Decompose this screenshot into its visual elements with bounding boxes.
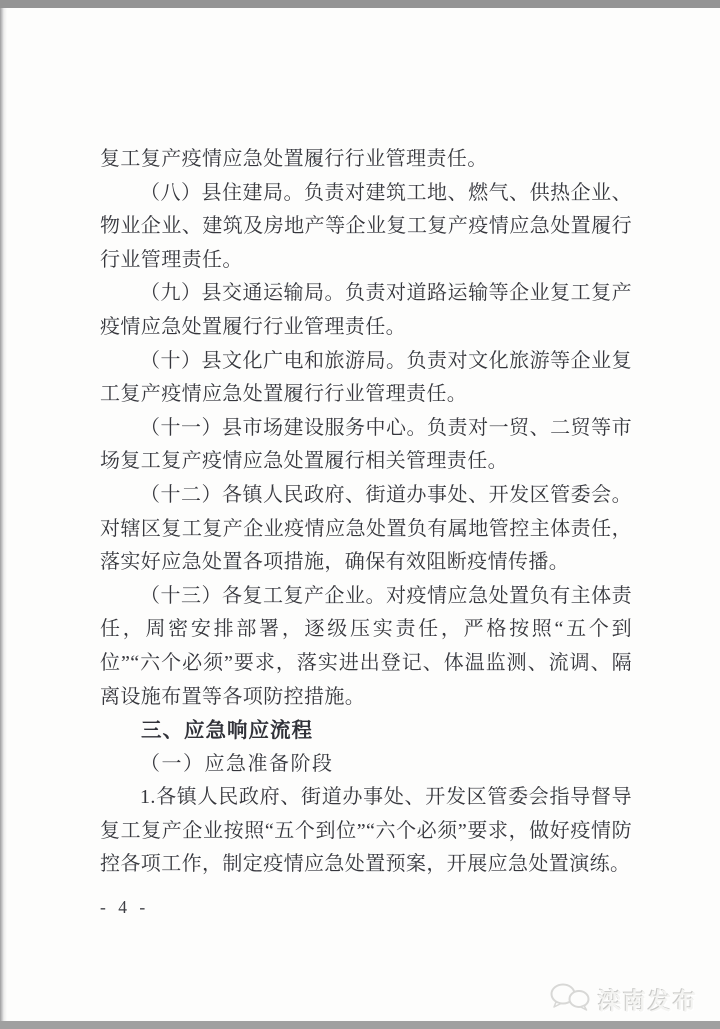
body-paragraph: （十三）各复工复产企业。对疫情应急处置负有主体责任，周密安排部署，逐级压实责任，…	[100, 580, 632, 714]
body-paragraph: （十一）县市场建设服务中心。负责对一贸、二贸等市场复工复产疫情应急处置履行相关管…	[100, 412, 632, 479]
document-body: 复工复产疫情应急处置履行行业管理责任。 （八）县住建局。负责对建筑工地、燃气、供…	[100, 143, 632, 882]
section-heading: 三、应急响应流程	[100, 714, 632, 748]
scanned-document-page: 复工复产疫情应急处置履行行业管理责任。 （八）县住建局。负责对建筑工地、燃气、供…	[0, 0, 720, 1029]
subsection-heading: （一）应急准备阶段	[100, 748, 632, 782]
publisher-watermark: 滦南发布	[549, 983, 698, 1016]
page-number: - 4 -	[100, 897, 149, 918]
scan-edge-bottom	[0, 1021, 720, 1029]
body-paragraph: （九）县交通运输局。负责对道路运输等企业复工复产疫情应急处置履行行业管理责任。	[100, 277, 632, 344]
scan-edge-left	[0, 8, 7, 1021]
body-paragraph: （十二）各镇人民政府、街道办事处、开发区管委会。对辖区复工复产企业疫情应急处置负…	[100, 479, 632, 580]
scan-edge-top	[0, 0, 720, 8]
watermark-label: 滦南发布	[598, 983, 698, 1016]
wechat-bubbles-icon	[549, 983, 591, 1016]
body-paragraph: 复工复产疫情应急处置履行行业管理责任。	[100, 143, 632, 177]
body-paragraph: （八）县住建局。负责对建筑工地、燃气、供热企业、物业企业、建筑及房地产等企业复工…	[100, 177, 632, 278]
body-paragraph: （十）县文化广电和旅游局。负责对文化旅游等企业复工复产疫情应急处置履行行业管理责…	[100, 345, 632, 412]
body-paragraph: 1.各镇人民政府、街道办事处、开发区管委会指导督导复工复产企业按照“五个到位”“…	[100, 781, 632, 882]
